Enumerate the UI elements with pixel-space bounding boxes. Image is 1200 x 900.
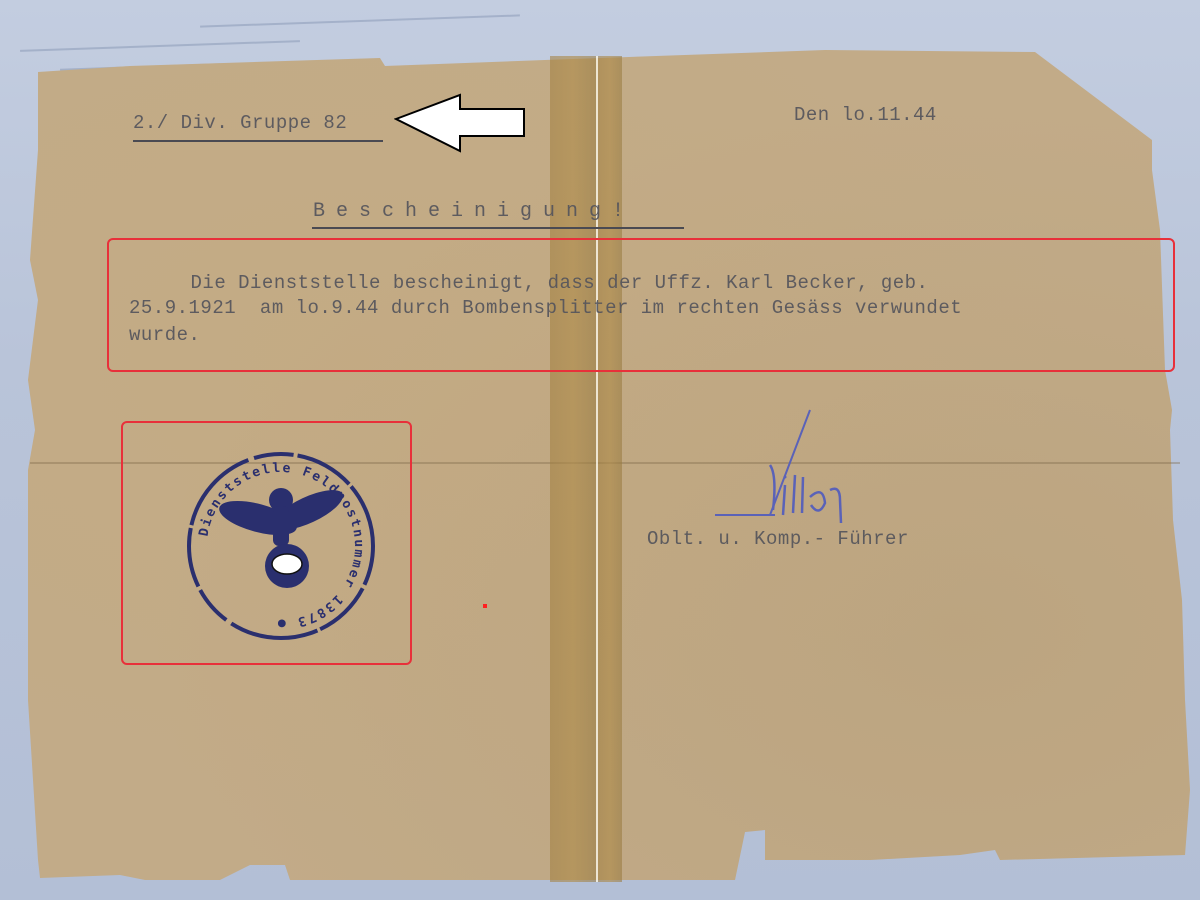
body-text-highlight-box xyxy=(107,238,1175,372)
document-date: Den lo.11.44 xyxy=(794,104,937,126)
document-title: Bescheinigung! xyxy=(313,200,635,223)
background-streak xyxy=(200,14,520,27)
unit-designation: 2./ Div. Gruppe 82 xyxy=(133,112,347,134)
stamp-highlight-box xyxy=(121,421,412,665)
tape-strip-right xyxy=(598,56,622,882)
red-marker-dot xyxy=(483,604,487,608)
background-streak xyxy=(20,40,300,52)
unit-designation-underline xyxy=(133,140,383,142)
tape-seam xyxy=(596,56,598,882)
tape-strip-left xyxy=(550,56,596,882)
left-arrow-icon xyxy=(394,93,526,153)
handwritten-signature xyxy=(715,405,885,525)
document-title-underline xyxy=(312,227,684,229)
signatory-role: Oblt. u. Komp.- Führer xyxy=(647,528,909,550)
